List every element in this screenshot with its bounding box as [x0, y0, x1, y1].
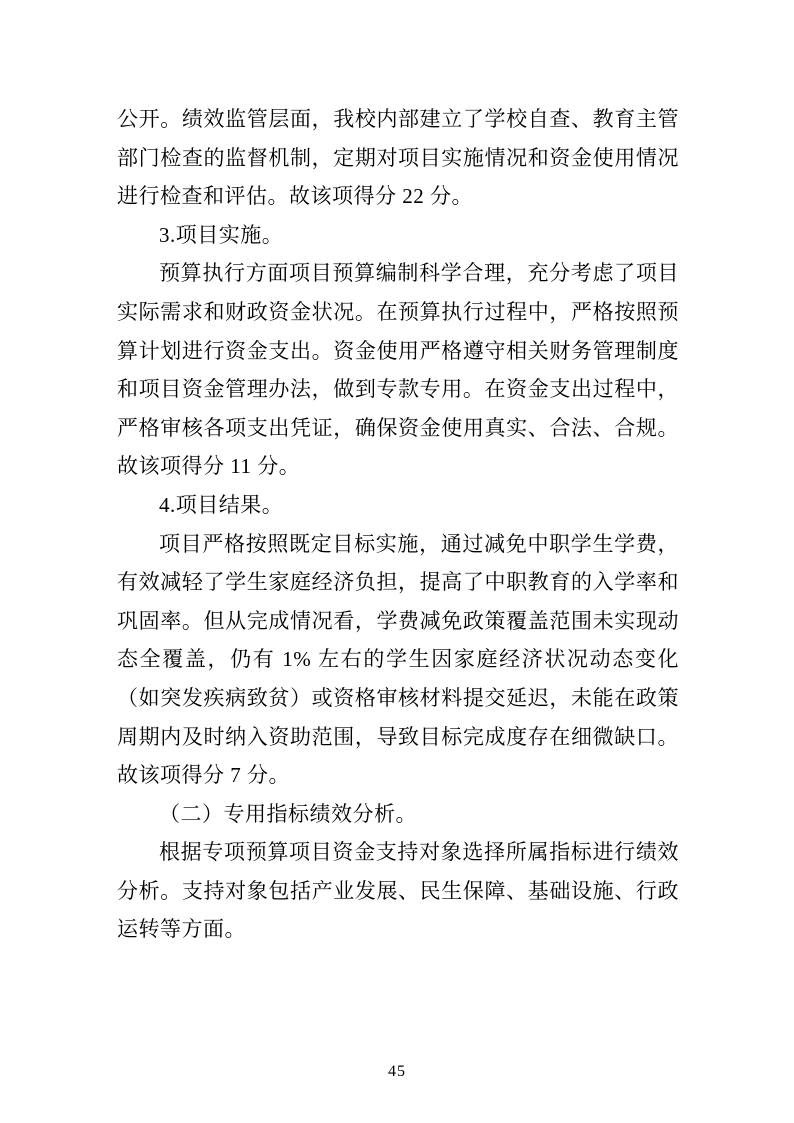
paragraph-special-indicator-analysis: 根据专项预算项目资金支持对象选择所属指标进行绩效分析。支持对象包括产业发展、民生…	[117, 833, 679, 949]
heading-project-implementation: 3.项目实施。	[117, 216, 679, 255]
paragraph-project-results: 项目严格按照既定目标实施，通过减免中职学生学费，有效减轻了学生家庭经济负担，提高…	[117, 525, 679, 795]
heading-special-indicator-analysis: （二）专用指标绩效分析。	[117, 795, 679, 834]
document-page: 公开。绩效监管层面，我校内部建立了学校自查、教育主管部门检查的监督机制，定期对项…	[0, 0, 794, 1123]
paragraph-budget-execution: 预算执行方面项目预算编制科学合理，充分考虑了项目实际需求和财政资金状况。在预算执…	[117, 254, 679, 486]
page-footer: 45	[0, 1063, 794, 1081]
heading-project-results: 4.项目结果。	[117, 486, 679, 525]
page-number: 45	[388, 1063, 406, 1080]
document-body: 公开。绩效监管层面，我校内部建立了学校自查、教育主管部门检查的监督机制，定期对项…	[117, 100, 679, 949]
paragraph-performance-supervision: 公开。绩效监管层面，我校内部建立了学校自查、教育主管部门检查的监督机制，定期对项…	[117, 100, 679, 216]
